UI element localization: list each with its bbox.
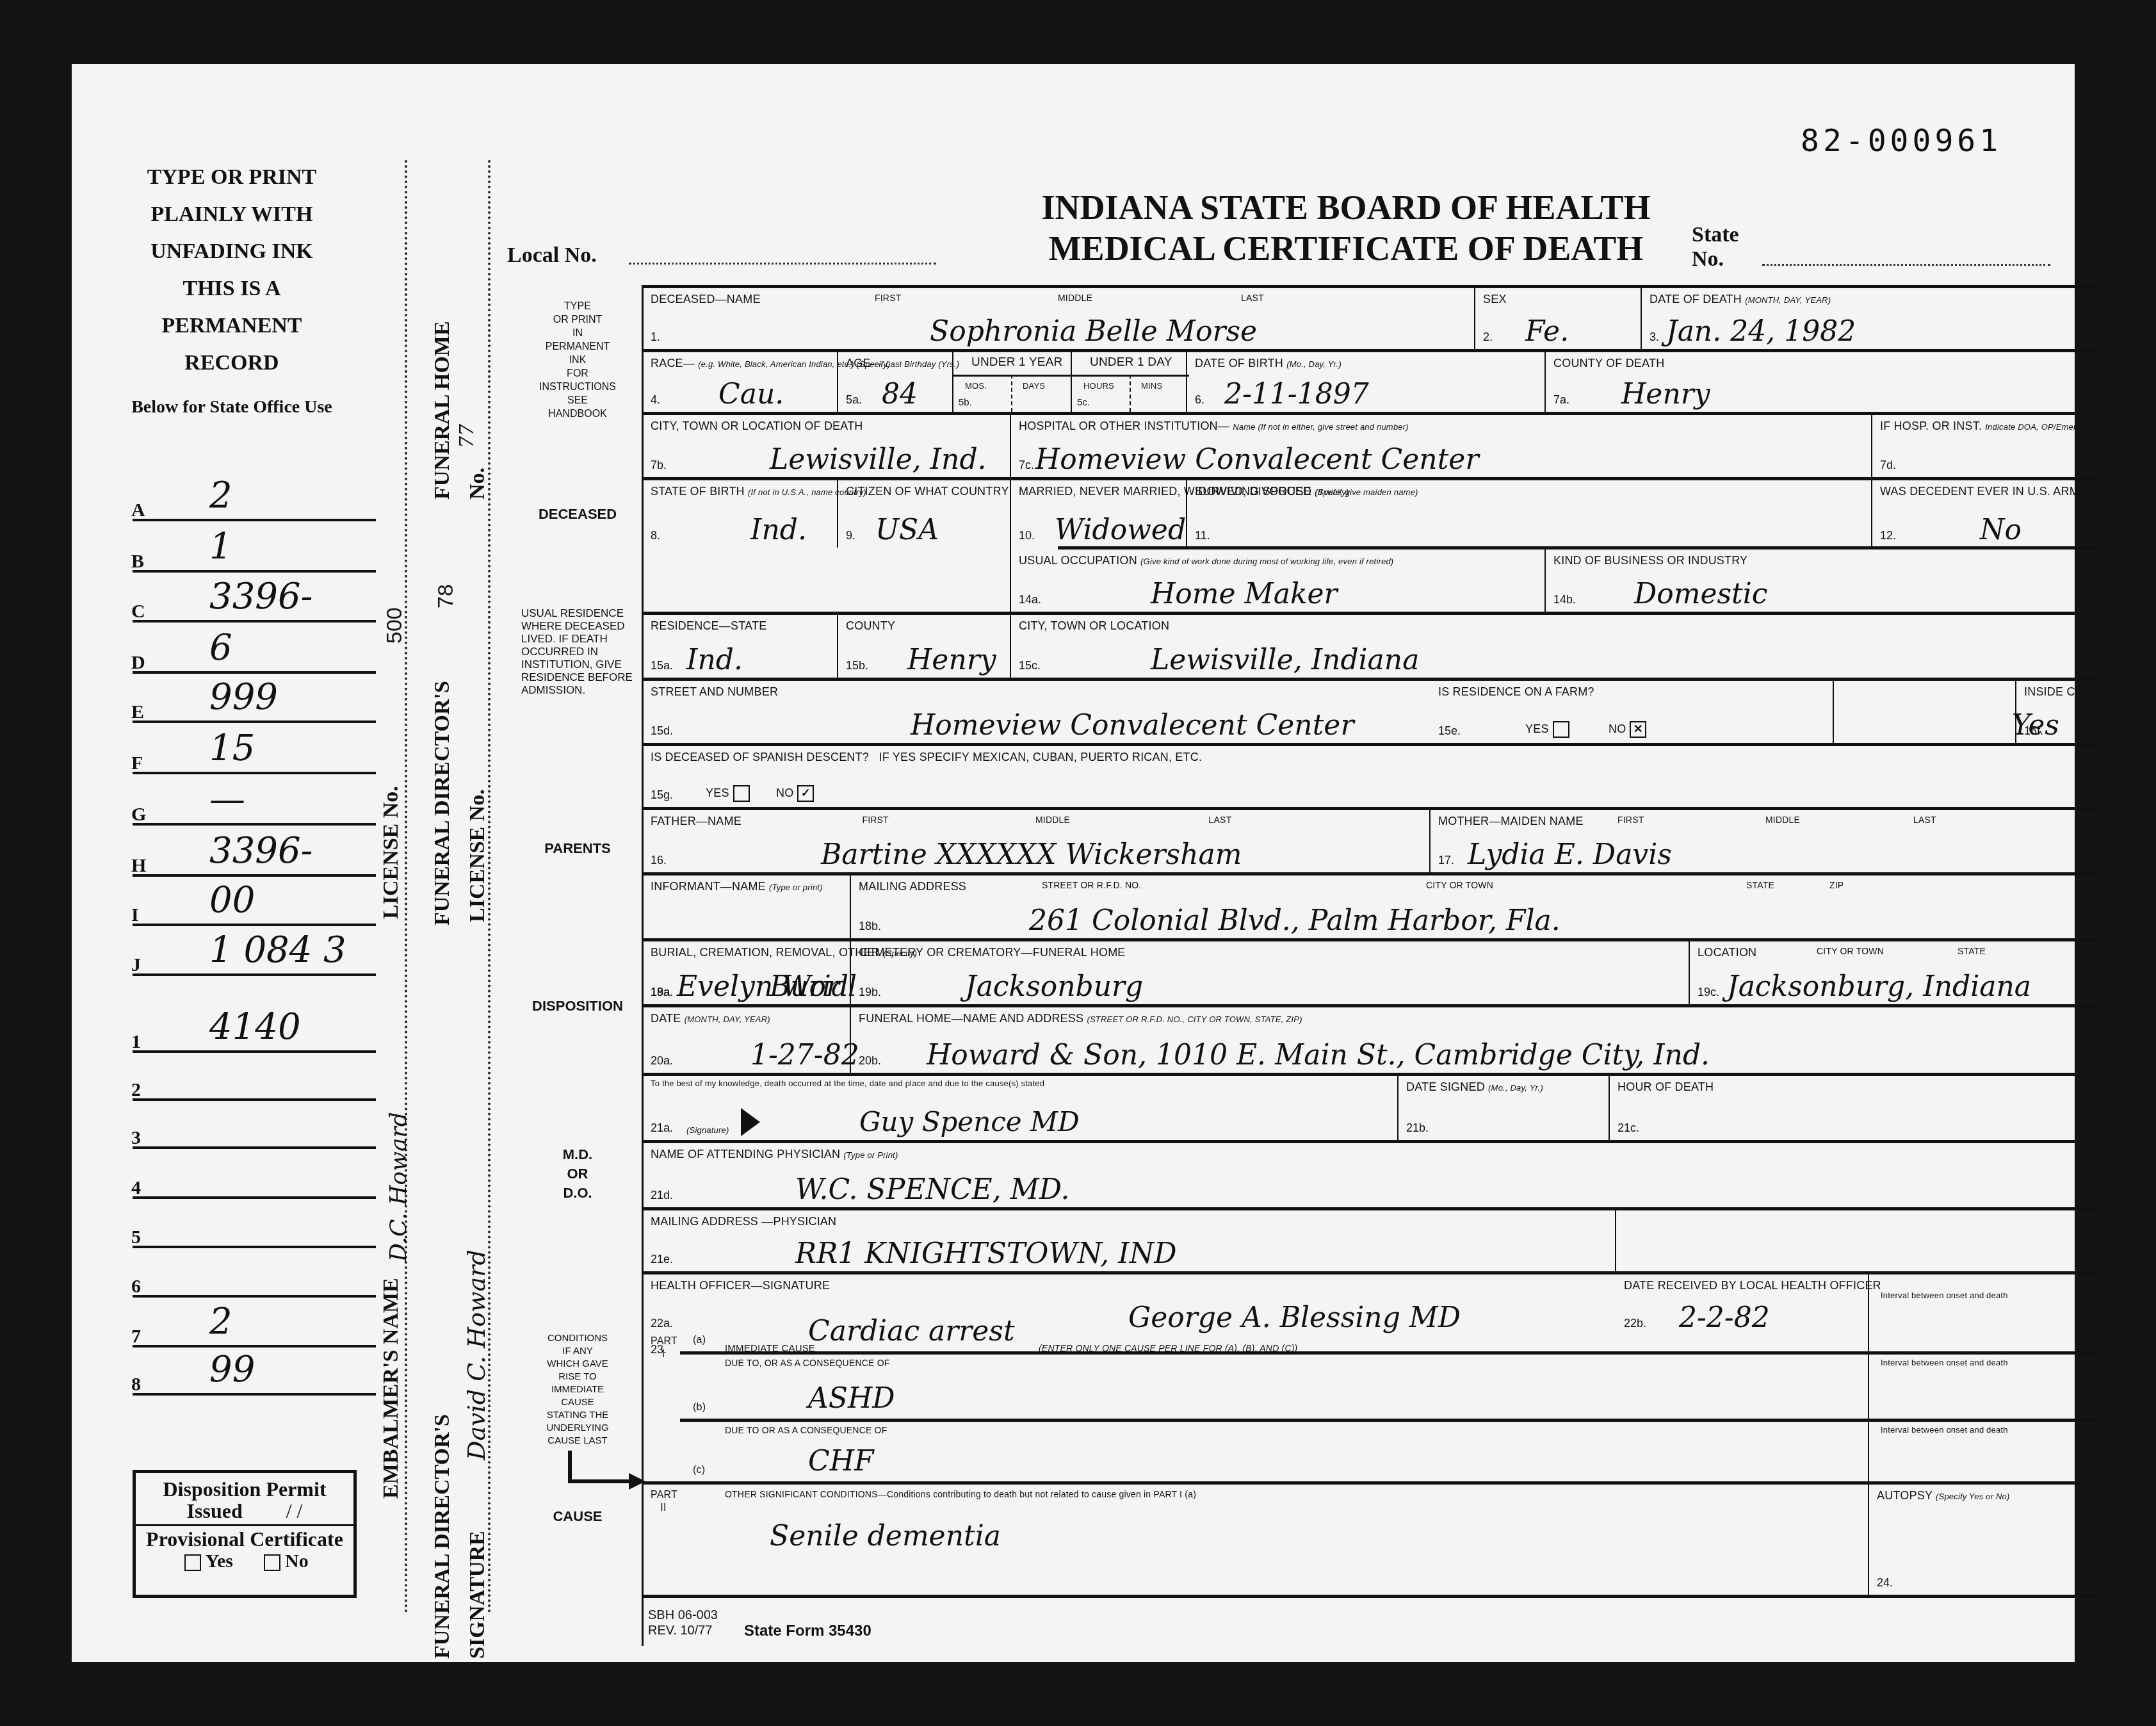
field-f12[interactable]: WAS DECEDENT EVER IN U.S. ARMED FORCES? …: [1871, 477, 2102, 548]
field-value: 84: [882, 378, 918, 411]
field-value: Fe.: [1525, 315, 1569, 348]
state-code-key: 2: [131, 1079, 141, 1101]
field-value: 261 Colonial Blvd., Palm Harbor, Fla.: [1029, 904, 1560, 937]
field-value: Homeview Convalecent Center: [1035, 443, 1479, 476]
field-number: 9.: [846, 529, 855, 542]
state-office-label: Below for State Office Use: [104, 397, 360, 418]
field-label: USUAL OCCUPATION (Give kind of work done…: [1019, 554, 1393, 567]
state-code-key: A: [131, 500, 145, 521]
state-code-line[interactable]: 2: [133, 1054, 376, 1101]
field-f20b[interactable]: FUNERAL HOME—NAME AND ADDRESS (STREET OR…: [850, 1004, 2102, 1073]
field-value: Sophronia Belle Morse: [930, 315, 1257, 348]
field-label: COUNTY OF DEATH: [1553, 357, 1664, 370]
state-code-key: 7: [131, 1326, 141, 1347]
death-certificate: 82-000961 TYPE OR PRINT PLAINLY WITH UNF…: [72, 64, 2075, 1662]
state-code-line[interactable]: 14140: [133, 1005, 376, 1053]
state-code-value: —: [209, 779, 245, 820]
field-value: Widowed: [1055, 514, 1186, 546]
field-number: 15b.: [846, 659, 868, 672]
field-label: DECEASED—NAME: [651, 293, 761, 306]
field-label: INSIDE CITY LIMITS (SPECIFY YES OR NO): [2024, 685, 2156, 699]
state-code-line[interactable]: I00: [133, 879, 376, 926]
field-value: USA: [875, 514, 939, 546]
state-code-value: 4140: [209, 1006, 301, 1048]
instructions-line: PERMANENT: [110, 307, 353, 345]
field-number: 3.: [1649, 330, 1659, 344]
sub-label-first: FIRST: [1617, 815, 1644, 825]
field-number: 6.: [1195, 393, 1204, 407]
funeral-director-label: FUNERAL DIRECTOR'S: [430, 681, 455, 925]
cause-line-c[interactable]: DUE TO OR AS A CONSEQUENCE OF(c)CHFInter…: [680, 1419, 2102, 1481]
instructions-line: PLAINLY WITH: [110, 196, 353, 233]
field-value: Lydia E. Davis: [1468, 838, 1672, 871]
field-value: 2-11-1897: [1224, 378, 1369, 411]
field-value: Jacksonburg: [965, 970, 1143, 1003]
field-label: RESIDENCE—STATE: [651, 619, 766, 633]
spanish-yes-checkbox[interactable]: [733, 785, 750, 802]
state-code-value: 999: [209, 676, 278, 718]
field-f8[interactable]: STATE OF BIRTH (If not in U.S.A., name c…: [642, 477, 837, 548]
state-code-value: 1 084 3: [209, 929, 346, 971]
cause-line-b[interactable]: DUE TO, OR AS A CONSEQUENCE OF(b)ASHDInt…: [680, 1351, 2102, 1419]
cause-section-label: CAUSE: [514, 1508, 642, 1525]
sub-label-middle: MIDDLE: [1035, 815, 1070, 825]
field-f15g[interactable]: IS DECEASED OF SPANISH DESCENT? IF YES S…: [642, 743, 2102, 807]
field-number: 11.: [1195, 529, 1210, 542]
signature-label: SIGNATURE: [466, 1531, 490, 1659]
field-number: 22a.: [651, 1317, 673, 1330]
field-value: Burial: [770, 970, 857, 1003]
field-f21c[interactable]: HOUR OF DEATH M21c.: [1609, 1073, 2102, 1140]
state-code-line[interactable]: B1: [133, 525, 376, 573]
sub-label-middle: MIDDLE: [1058, 293, 1092, 303]
field-f21b[interactable]: DATE SIGNED (Mo., Day, Yr.)21b.: [1397, 1073, 1609, 1140]
disposition-section-label: DISPOSITION: [514, 998, 642, 1014]
cause-value: ASHD: [808, 1382, 895, 1415]
embalmer-name-value: D.C. Howard: [385, 1112, 412, 1262]
instructions-line: RECORD: [110, 345, 353, 382]
field-number: 4.: [651, 393, 660, 407]
field-f19c[interactable]: LOCATION CITY OR TOWNSTATE19c.Jacksonbur…: [1689, 938, 2102, 1004]
field-number: 15a.: [651, 659, 673, 672]
field-label: AUTOPSY (Specify Yes or No): [1877, 1489, 2010, 1502]
funeral-director-license-value: 78: [434, 584, 458, 608]
field-number: 14a.: [1019, 593, 1041, 607]
field-number: 7b.: [651, 459, 667, 472]
provisional-yes-checkbox[interactable]: [184, 1554, 201, 1571]
field-label: COUNTY: [846, 619, 895, 633]
field-label: CITIZEN OF WHAT COUNTRY: [846, 485, 1009, 498]
state-code-value: 3396-: [209, 576, 312, 617]
state-code-value: 1: [209, 526, 232, 567]
disposition-permit-box: Disposition Permit Issued / / Provisiona…: [133, 1470, 357, 1598]
sub-label-last: LAST: [1241, 293, 1264, 303]
state-code-key: H: [131, 855, 146, 877]
farm-yes-checkbox[interactable]: [1553, 721, 1569, 738]
state-code-line[interactable]: 3: [133, 1102, 376, 1149]
field-label: FATHER—NAME: [651, 815, 742, 828]
sub-label-first: FIRST: [862, 815, 888, 825]
field-number: 14b.: [1553, 593, 1576, 607]
instructions-line: UNFADING INK: [110, 233, 353, 270]
instructions-block: TYPE OR PRINT PLAINLY WITH UNFADING INK …: [110, 159, 353, 382]
field-label: MOTHER—MAIDEN NAME: [1438, 815, 1584, 828]
state-code-key: G: [131, 804, 146, 826]
field-label: LOCATION: [1698, 946, 1756, 959]
instructions-line: THIS IS A: [110, 270, 353, 307]
field-number: 8.: [651, 529, 660, 542]
field-number: 15d.: [651, 724, 673, 738]
field-number: 19c.: [1698, 986, 1719, 999]
field-number: 24.: [1877, 1576, 1893, 1590]
state-code-value: 3396-: [209, 830, 312, 872]
funeral-home-no-value: 77: [456, 424, 478, 448]
field-label: HOUR OF DEATH: [1617, 1080, 1714, 1094]
field-f4[interactable]: RACE— (e.g. White, Black, American India…: [642, 349, 837, 412]
arrow-icon: [568, 1451, 572, 1483]
field-number: 20b.: [859, 1054, 881, 1068]
field-f20a[interactable]: DATE (MONTH, DAY, YEAR)20a.1-27-82: [642, 1004, 850, 1073]
field-f7b[interactable]: CITY, TOWN OR LOCATION OF DEATH 7b.Lewis…: [642, 412, 1010, 477]
field-value: Ind.: [686, 644, 743, 676]
field-value: Homeview Convalecent Center: [911, 709, 1354, 742]
field-number: 10.: [1019, 529, 1035, 542]
license-no-value: 500: [382, 607, 407, 644]
field-label: STREET AND NUMBER: [651, 685, 778, 699]
state-code-value: 15: [209, 728, 255, 769]
state-code-line[interactable]: 72: [133, 1300, 376, 1347]
field-value: Ind.: [750, 514, 807, 546]
sub-label-last: LAST: [1913, 815, 1936, 825]
field-number: 20a.: [651, 1054, 673, 1068]
field-number: 7a.: [1553, 393, 1569, 407]
field-number: 21d.: [651, 1189, 673, 1202]
signature-pointer-icon: [741, 1108, 760, 1136]
field-value: W.C. SPENCE, MD.: [795, 1173, 1069, 1206]
state-code-line[interactable]: A2: [133, 474, 376, 521]
funeral-director-label-bottom: FUNERAL DIRECTOR'S: [430, 1414, 455, 1659]
state-code-key: D: [131, 652, 145, 674]
physician-signature: Guy Spence MD: [859, 1106, 1080, 1137]
field-value: Howard & Son, 1010 E. Main St., Cambridg…: [927, 1039, 1710, 1071]
field-f6[interactable]: DATE OF BIRTH (Mo., Day, Yr.)6.2-11-1897: [1186, 349, 1544, 412]
state-code-value: 6: [209, 627, 232, 669]
issued-value: / /: [286, 1499, 303, 1522]
field-label: HOSPITAL OR OTHER INSTITUTION— Name (If …: [1019, 419, 1409, 433]
local-no-label: Local No.: [507, 243, 597, 268]
field-label: MAILING ADDRESS: [859, 880, 966, 893]
field-label: CITY, TOWN OR LOCATION OF DEATH: [651, 419, 863, 433]
field-value: Henry: [1621, 378, 1710, 411]
farm-no-checkbox-checked[interactable]: ✕: [1630, 721, 1646, 738]
field-value: Cau.: [718, 378, 784, 411]
field-f11[interactable]: SURVIVING SPOUSE (If wife, give maiden n…: [1186, 477, 1871, 548]
cause-value: CHF: [808, 1445, 874, 1478]
field-f5c[interactable]: UNDER 1 DAYHOURSMINS5c.: [1071, 349, 1189, 412]
field-number: 21c.: [1617, 1121, 1639, 1135]
field-value: Lewisville, Ind.: [770, 443, 987, 476]
field-number: 12.: [1880, 529, 1896, 542]
field-f15f[interactable]: INSIDE CITY LIMITS (SPECIFY YES OR NO)15…: [2015, 678, 2102, 743]
field-f16[interactable]: FATHER—NAME FIRSTMIDDLELAST16.Bartine XX…: [642, 807, 1429, 872]
provisional-no-checkbox[interactable]: [264, 1554, 280, 1571]
arrow-icon-shaft: [568, 1479, 635, 1483]
field-label: KIND OF BUSINESS OR INDUSTRY: [1553, 554, 1747, 567]
state-form-number: State Form 35430: [744, 1622, 871, 1640]
state-code-key: F: [131, 753, 143, 774]
title-line-2: MEDICAL CERTIFICATE OF DEATH: [943, 228, 1749, 269]
field-f10[interactable]: MARRIED, NEVER MARRIED, WIDOWED, DIVORCE…: [1010, 477, 1186, 548]
spanish-no-checkbox-checked[interactable]: ✓: [797, 785, 814, 802]
license-no-label: LICENSE No.: [379, 786, 403, 919]
embalmer-name-label: EMBALMER'S NAME: [379, 1278, 403, 1499]
funeral-home-label: FUNERAL HOME: [430, 321, 455, 500]
certificate-number: 82-000961: [1801, 123, 2002, 159]
provisional-yes-label: Yes: [206, 1551, 233, 1572]
field-f5a[interactable]: AGE— Last Birthday (Yrs.)5a.84: [837, 349, 952, 412]
part-1-label: PART I: [651, 1335, 676, 1361]
form-body: DECEASED—NAME FIRSTMIDDLELAST1.Sophronia…: [642, 285, 2102, 1659]
field-f15e[interactable]: IS RESIDENCE ON A FARM?15e.YESNO✕: [1429, 678, 1833, 743]
md-do-section-label: M.D.ORD.O.: [514, 1145, 642, 1203]
local-no-field[interactable]: [629, 263, 936, 265]
field-number: 21e.: [651, 1253, 673, 1266]
form-code: SBH 06-003 REV. 10/77: [648, 1608, 718, 1638]
disposition-permit-title: Disposition Permit: [136, 1478, 353, 1500]
state-code-key: C: [131, 601, 145, 623]
field-value: Henry: [907, 644, 996, 676]
field-f19b[interactable]: CEMETERY OR CREMATORY—FUNERAL HOME 19b.J…: [850, 938, 1689, 1004]
field-f7a[interactable]: COUNTY OF DEATH 7a.Henry: [1544, 349, 2102, 412]
state-code-key: B: [131, 551, 144, 573]
residence-section-label: USUAL RESIDENCEWHERE DECEASEDLIVED. IF D…: [514, 607, 649, 697]
parents-section-label: PARENTS: [514, 840, 642, 857]
field-value: Home Maker: [1151, 578, 1338, 610]
state-code-key: 4: [131, 1177, 141, 1199]
field-label: DATE (MONTH, DAY, YEAR): [651, 1012, 770, 1025]
funeral-director-license-label: LICENSE No.: [466, 789, 490, 922]
field-f2[interactable]: SEX 2.Fe.: [1474, 285, 1641, 349]
field-value: Lewisville, Indiana: [1151, 644, 1419, 676]
cause-value: Cardiac arrest: [808, 1315, 1015, 1347]
form-title: INDIANA STATE BOARD OF HEALTH MEDICAL CE…: [943, 187, 1749, 269]
field-number: 7c.: [1019, 459, 1034, 472]
field-number: 2.: [1483, 330, 1493, 344]
provisional-no-label: No: [285, 1551, 309, 1572]
field-f15b[interactable]: COUNTY 15b.Henry: [837, 612, 1010, 678]
field-number: 18b.: [859, 920, 881, 933]
field-f19a[interactable]: BURIAL, CREMATION, REMOVAL, OTHER (Speci…: [642, 938, 850, 1004]
field-label: FUNERAL HOME—NAME AND ADDRESS (STREET OR…: [859, 1012, 1302, 1025]
field-label: CITY, TOWN OR LOCATION: [1019, 619, 1169, 633]
field-label: NAME OF ATTENDING PHYSICIAN (Type or Pri…: [651, 1148, 898, 1161]
field-f24[interactable]: AUTOPSY (Specify Yes or No)24.: [1868, 1481, 2102, 1595]
state-code-line[interactable]: C3396-: [133, 575, 376, 623]
field-label: DATE SIGNED (Mo., Day, Yr.): [1406, 1080, 1543, 1094]
state-code-line[interactable]: J1 084 3: [133, 929, 376, 976]
field-label: MAILING ADDRESS —PHYSICIAN: [651, 1215, 836, 1228]
state-code-line[interactable]: 4: [133, 1152, 376, 1199]
field-label: CEMETERY OR CREMATORY—FUNERAL HOME: [859, 946, 1126, 959]
field-label: INFORMANT—NAME (Type or print): [651, 880, 823, 893]
conditions-section-label: CONDITIONSIF ANYWHICH GAVE RISE TOIMMEDI…: [514, 1332, 642, 1447]
state-code-key: 5: [131, 1226, 141, 1248]
field-f18b[interactable]: MAILING ADDRESS STREET OR R.F.D. NO.CITY…: [850, 872, 2102, 938]
state-code-value: 00: [209, 879, 255, 921]
field-number: 1.: [651, 330, 660, 344]
state-code-line[interactable]: 5: [133, 1201, 376, 1248]
field-f7d[interactable]: IF HOSP. OR INST. Indicate DOA, OP/Emer.…: [1871, 412, 2102, 477]
funeral-director-signature: David C. Howard: [462, 1250, 490, 1460]
state-code-value: 99: [209, 1349, 255, 1390]
field-number: 19b.: [859, 986, 881, 999]
field-f15c[interactable]: CITY, TOWN OR LOCATION 15c.Lewisville, I…: [1010, 612, 2102, 678]
field-f21a[interactable]: To the best of my knowledge, death occur…: [642, 1073, 1397, 1140]
issued-label: Issued: [187, 1499, 243, 1522]
field-value: RR1 KNIGHTSTOWN, IND: [795, 1237, 1176, 1270]
field-f15a[interactable]: RESIDENCE—STATE 15a.Ind.: [642, 612, 837, 678]
field-value: Jacksonburg, Indiana: [1727, 970, 2031, 1003]
field-value: Domestic: [1634, 578, 1768, 610]
field-f14b[interactable]: KIND OF BUSINESS OR INDUSTRY 14b.Domesti…: [1544, 546, 2102, 612]
field-number: 16.: [651, 854, 667, 867]
deceased-section-label: DECEASED: [514, 506, 642, 523]
field-number: 21b.: [1406, 1121, 1429, 1135]
field-label: STATE OF BIRTH (If not in U.S.A., name c…: [651, 485, 866, 498]
field-f1[interactable]: DECEASED—NAME FIRSTMIDDLELAST1.Sophronia…: [642, 285, 1474, 349]
state-code-key: 8: [131, 1374, 141, 1396]
field-label: SURVIVING SPOUSE (If wife, give maiden n…: [1195, 485, 1418, 498]
field-label: WAS DECEDENT EVER IN U.S. ARMED FORCES? …: [1880, 485, 2156, 498]
field-label: DATE OF BIRTH (Mo., Day, Yr.): [1195, 357, 1341, 370]
title-line-1: INDIANA STATE BOARD OF HEALTH: [943, 187, 1749, 228]
field-value: Bartine XXXXXX Wickersham: [821, 838, 1242, 871]
state-code-value: 2: [209, 475, 232, 516]
state-code-key: E: [131, 701, 144, 723]
sub-label-last: LAST: [1209, 815, 1232, 825]
field-number: 7d.: [1880, 459, 1896, 472]
field-value: No: [1980, 514, 2022, 546]
cause-line-a[interactable]: (a)Cardiac arrestInterval between onset …: [680, 1284, 2102, 1351]
field-f14a[interactable]: USUAL OCCUPATION (Give kind of work done…: [1010, 546, 1544, 612]
funeral-home-no-label: No.: [466, 468, 490, 500]
state-code-line[interactable]: 899: [133, 1348, 376, 1396]
state-no-label: State No.: [1692, 223, 1739, 272]
field-label: DATE OF DEATH (MONTH, DAY, YEAR): [1649, 293, 1831, 306]
field-label: IF HOSP. OR INST. Indicate DOA, OP/Emer.…: [1880, 419, 2156, 433]
state-code-key: J: [131, 954, 141, 976]
state-code-line[interactable]: G—: [133, 778, 376, 826]
state-code-key: 1: [131, 1031, 141, 1053]
state-code-line[interactable]: F15: [133, 727, 376, 774]
state-code-line[interactable]: E999: [133, 676, 376, 723]
sub-label-middle: MIDDLE: [1765, 815, 1800, 825]
instructions-line: TYPE OR PRINT: [110, 159, 353, 196]
field-f5b[interactable]: UNDER 1 YEARMOS.DAYS5b.: [952, 349, 1071, 412]
other-conditions-value: Senile dementia: [770, 1520, 1001, 1552]
field-label: AGE— Last Birthday (Yrs.): [846, 357, 959, 370]
field-f7c[interactable]: HOSPITAL OR OTHER INSTITUTION— Name (If …: [1010, 412, 1871, 477]
field-f21e[interactable]: MAILING ADDRESS —PHYSICIAN 21e.RR1 KNIGH…: [642, 1207, 2102, 1271]
field-number: 17.: [1438, 854, 1454, 867]
field-value: Yes: [2012, 709, 2059, 742]
state-code-key: I: [131, 904, 139, 926]
field-value: 1-27-82: [750, 1039, 859, 1071]
stub-perforation-left: [405, 160, 407, 1614]
other-significant-conditions[interactable]: PART IIOTHER SIGNIFICANT CONDITIONS—Cond…: [642, 1481, 1868, 1595]
sub-label-first: FIRST: [875, 293, 901, 303]
field-f21d[interactable]: NAME OF ATTENDING PHYSICIAN (Type or Pri…: [642, 1140, 2102, 1207]
state-code-line[interactable]: D6: [133, 626, 376, 674]
instructions-section-label: TYPEOR PRINTIN PERMANENTINKFOR INSTRUCTI…: [514, 300, 642, 421]
field-number: 5a.: [846, 393, 862, 407]
field-label: SEX: [1483, 293, 1507, 306]
field-f9[interactable]: CITIZEN OF WHAT COUNTRY 9.USA: [837, 477, 1010, 548]
provisional-certificate-title: Provisional Certificate: [136, 1529, 353, 1549]
state-code-key: 6: [131, 1276, 141, 1298]
field-f17[interactable]: MOTHER—MAIDEN NAME FIRSTMIDDLELAST17.Lyd…: [1429, 807, 2102, 872]
field-number: 19a.: [651, 986, 673, 999]
state-no-field[interactable]: [1762, 264, 2050, 266]
state-code-key: 3: [131, 1127, 141, 1149]
state-code-value: 2: [209, 1301, 232, 1342]
field-value: Jan. 24, 1982: [1666, 315, 1856, 348]
state-code-line[interactable]: 6: [133, 1250, 376, 1298]
field-f3[interactable]: DATE OF DEATH (MONTH, DAY, YEAR)3.Jan. 2…: [1641, 285, 2102, 349]
field-number: 15c.: [1019, 659, 1041, 672]
state-code-line[interactable]: H3396-: [133, 829, 376, 877]
